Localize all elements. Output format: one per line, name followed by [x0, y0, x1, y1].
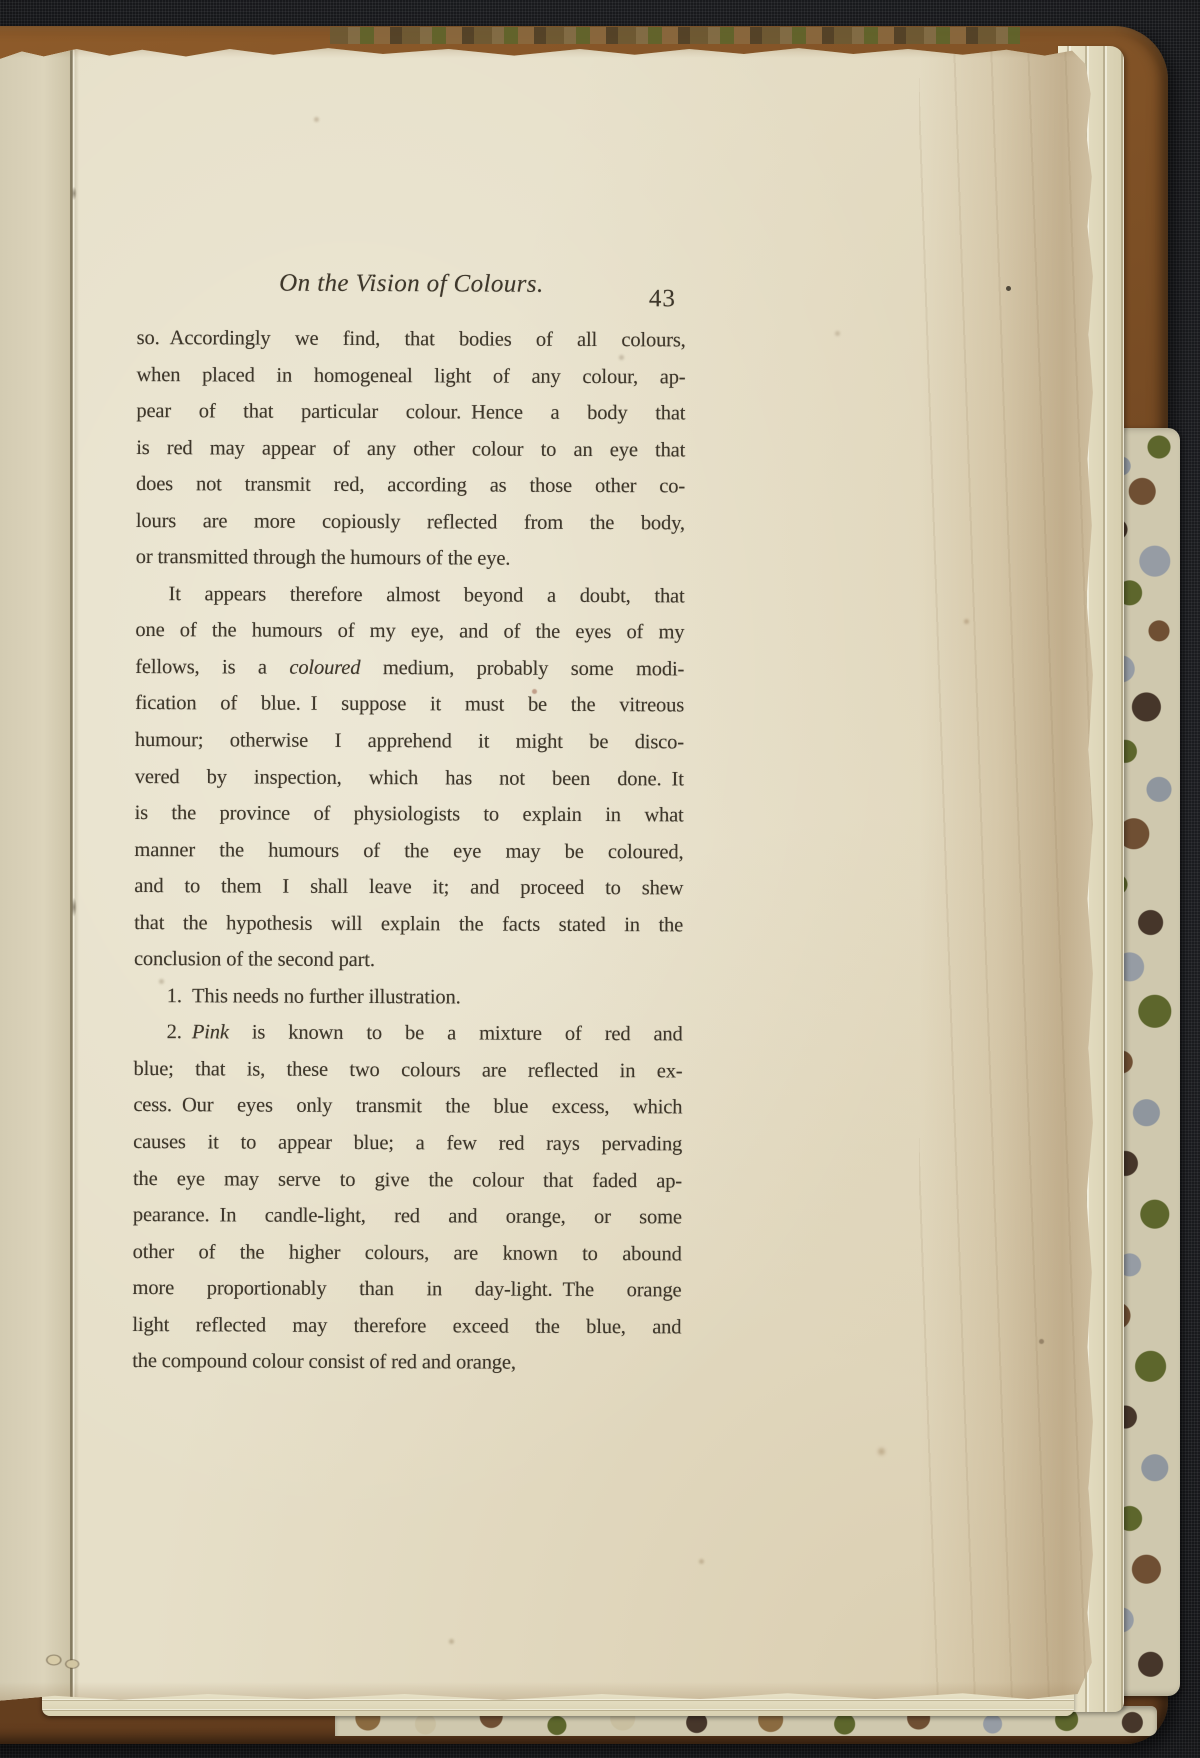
text-line: or transmitted through the humours of th…	[136, 539, 685, 578]
text-segment: vered by inspection, which has not been …	[135, 766, 684, 790]
text-line: is red may appear of any other colour to…	[136, 430, 685, 469]
text-line: the eye may serve to give the colour tha…	[133, 1161, 682, 1200]
text-line: 1. This needs no further illustration.	[134, 978, 683, 1017]
paragraph: 2. Pink is known to be a mixture of red …	[132, 1014, 683, 1382]
binding-stitch	[40, 1642, 86, 1682]
text-segment: so. Accordingly we find, that bodies of …	[137, 327, 686, 351]
text-segment: fication of blue. I suppose it must be t…	[135, 692, 684, 716]
page-number: 43	[649, 285, 676, 313]
text-segment: is known to be a mixture of red and	[229, 1022, 683, 1046]
printed-text-block: On the Vision of Colours. 43 so. Accordi…	[132, 268, 686, 1382]
text-segment: other of the higher colours, are known t…	[133, 1241, 682, 1265]
text-line: causes it to appear blue; a few red rays…	[133, 1124, 682, 1163]
text-line: lours are more copiously reflected from …	[136, 503, 685, 542]
text-line: other of the higher colours, are known t…	[133, 1234, 682, 1273]
paper-tanned-fore-edge-band	[919, 44, 1094, 1704]
text-line: cess. Our eyes only transmit the blue ex…	[133, 1087, 682, 1126]
text-line: conclusion of the second part.	[134, 941, 683, 980]
text-line: the compound colour consist of red and o…	[132, 1343, 681, 1382]
body-text: so. Accordingly we find, that bodies of …	[132, 320, 686, 1382]
text-line: and to them I shall leave it; and procee…	[134, 868, 683, 907]
paragraph: so. Accordingly we find, that bodies of …	[136, 320, 686, 578]
text-segment: pearance. In candle-light, red and orang…	[133, 1204, 682, 1228]
text-line: 2. Pink is known to be a mixture of red …	[134, 1014, 683, 1053]
text-segment: or transmitted through the humours of th…	[136, 546, 511, 570]
text-segment: It appears therefore almost beyond a dou…	[169, 583, 685, 607]
text-segment: causes it to appear blue; a few red rays…	[133, 1131, 682, 1155]
text-segment: 1. This needs no further illustration.	[167, 985, 461, 1008]
text-line: more proportionably than in day-light. T…	[132, 1270, 681, 1309]
running-header-row: On the Vision of Colours. 43	[137, 268, 686, 322]
running-header: On the Vision of Colours.	[137, 268, 686, 300]
facing-page-edge	[0, 44, 73, 1704]
text-line: manner the humours of the eye may be col…	[134, 832, 683, 871]
text-line: fication of blue. I suppose it must be t…	[135, 685, 684, 724]
text-line: pear of that particular colour. Hence a …	[136, 393, 685, 432]
text-segment: pear of that particular colour. Hence a …	[136, 400, 685, 424]
text-segment: when placed in homogeneal light of any c…	[136, 364, 685, 388]
text-segment: blue; that is, these two colours are ref…	[133, 1058, 682, 1082]
text-segment: medium, probably some modi-	[360, 657, 684, 680]
text-segment: manner the humours of the eye may be col…	[134, 839, 683, 863]
text-segment: does not transmit red, according as thos…	[136, 473, 685, 497]
text-segment: that the hypothesis will explain the fac…	[134, 912, 683, 936]
text-line: vered by inspection, which has not been …	[135, 759, 684, 798]
text-segment: conclusion of the second part.	[134, 948, 375, 971]
text-line: is the province of physiologists to expl…	[135, 795, 684, 834]
text-segment: 2.	[167, 1022, 192, 1044]
gutter-crease	[70, 44, 79, 1704]
text-line: fellows, is a coloured medium, probably …	[135, 649, 684, 688]
text-line: light reflected may therefore exceed the…	[132, 1307, 681, 1346]
text-segment: the compound colour consist of red and o…	[132, 1350, 516, 1374]
text-line: humour; otherwise I apprehend it might b…	[135, 722, 684, 761]
text-line: pearance. In candle-light, red and orang…	[133, 1197, 682, 1236]
text-segment: the eye may serve to give the colour tha…	[133, 1168, 682, 1192]
text-segment: humour; otherwise I apprehend it might b…	[135, 729, 684, 753]
text-segment: fellows, is a	[135, 656, 289, 679]
italic-text: Pink	[192, 1022, 229, 1044]
text-segment: more proportionably than in day-light. T…	[133, 1277, 682, 1301]
italic-text: coloured	[289, 657, 360, 679]
text-line: that the hypothesis will explain the fac…	[134, 905, 683, 944]
text-line: blue; that is, these two colours are ref…	[133, 1051, 682, 1090]
text-segment: cess. Our eyes only transmit the blue ex…	[133, 1094, 682, 1118]
text-segment: is the province of physiologists to expl…	[135, 802, 684, 826]
paragraph: 1. This needs no further illustration.	[134, 978, 683, 1017]
paragraph: It appears therefore almost beyond a dou…	[134, 576, 685, 980]
text-segment: one of the humours of my eye, and of the…	[135, 619, 684, 643]
text-line: when placed in homogeneal light of any c…	[136, 357, 685, 396]
marbled-endpaper-top-edge	[330, 27, 1020, 44]
text-line: does not transmit red, according as thos…	[136, 466, 685, 505]
text-segment: light reflected may therefore exceed the…	[132, 1314, 681, 1338]
text-line: one of the humours of my eye, and of the…	[135, 612, 684, 651]
text-segment: lours are more copiously reflected from …	[136, 510, 685, 534]
text-segment: is red may appear of any other colour to…	[136, 437, 685, 461]
text-line: It appears therefore almost beyond a dou…	[135, 576, 684, 615]
text-line: so. Accordingly we find, that bodies of …	[137, 320, 686, 359]
text-segment: and to them I shall leave it; and procee…	[134, 875, 683, 899]
